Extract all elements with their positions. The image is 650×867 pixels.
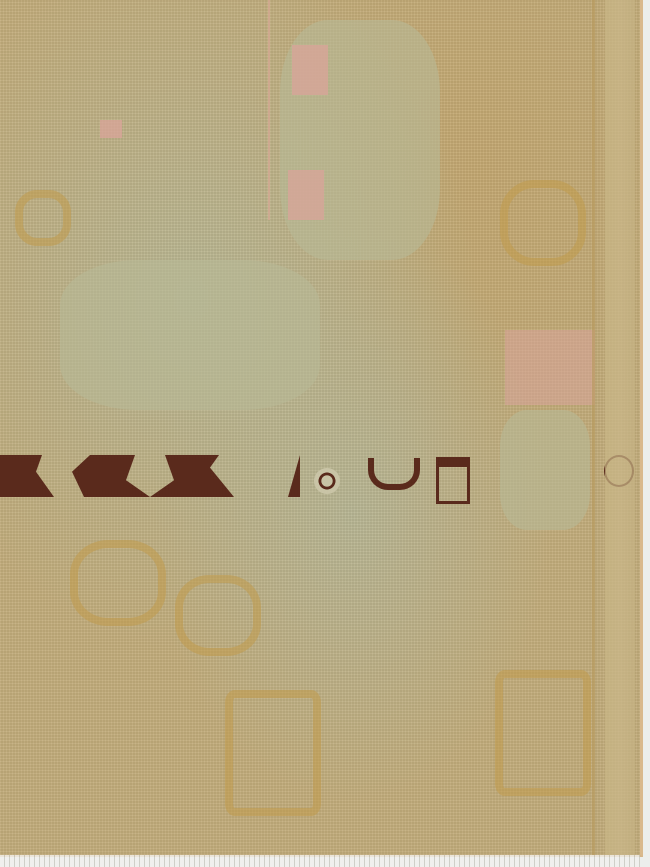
hook-glyph — [368, 458, 420, 490]
pink-flower — [288, 170, 324, 220]
gold-rosette — [495, 670, 591, 796]
pink-panel — [505, 330, 595, 405]
gold-rosette — [500, 180, 586, 266]
gold-rosette — [15, 190, 71, 246]
fringe — [0, 855, 640, 867]
border-stripe — [592, 0, 595, 855]
rosette-icon — [314, 468, 340, 494]
sage-medallion — [500, 410, 590, 530]
gold-rosette — [70, 540, 166, 626]
brown-motif-band — [0, 455, 300, 497]
pink-motif — [100, 120, 122, 138]
gold-rosette — [225, 690, 321, 816]
outer-border — [605, 0, 635, 855]
sage-medallion — [60, 260, 320, 410]
pink-field-line — [268, 0, 270, 220]
pink-flower — [292, 45, 328, 95]
box-glyph — [436, 457, 470, 504]
gold-rosette — [175, 575, 261, 656]
rug — [0, 0, 643, 857]
